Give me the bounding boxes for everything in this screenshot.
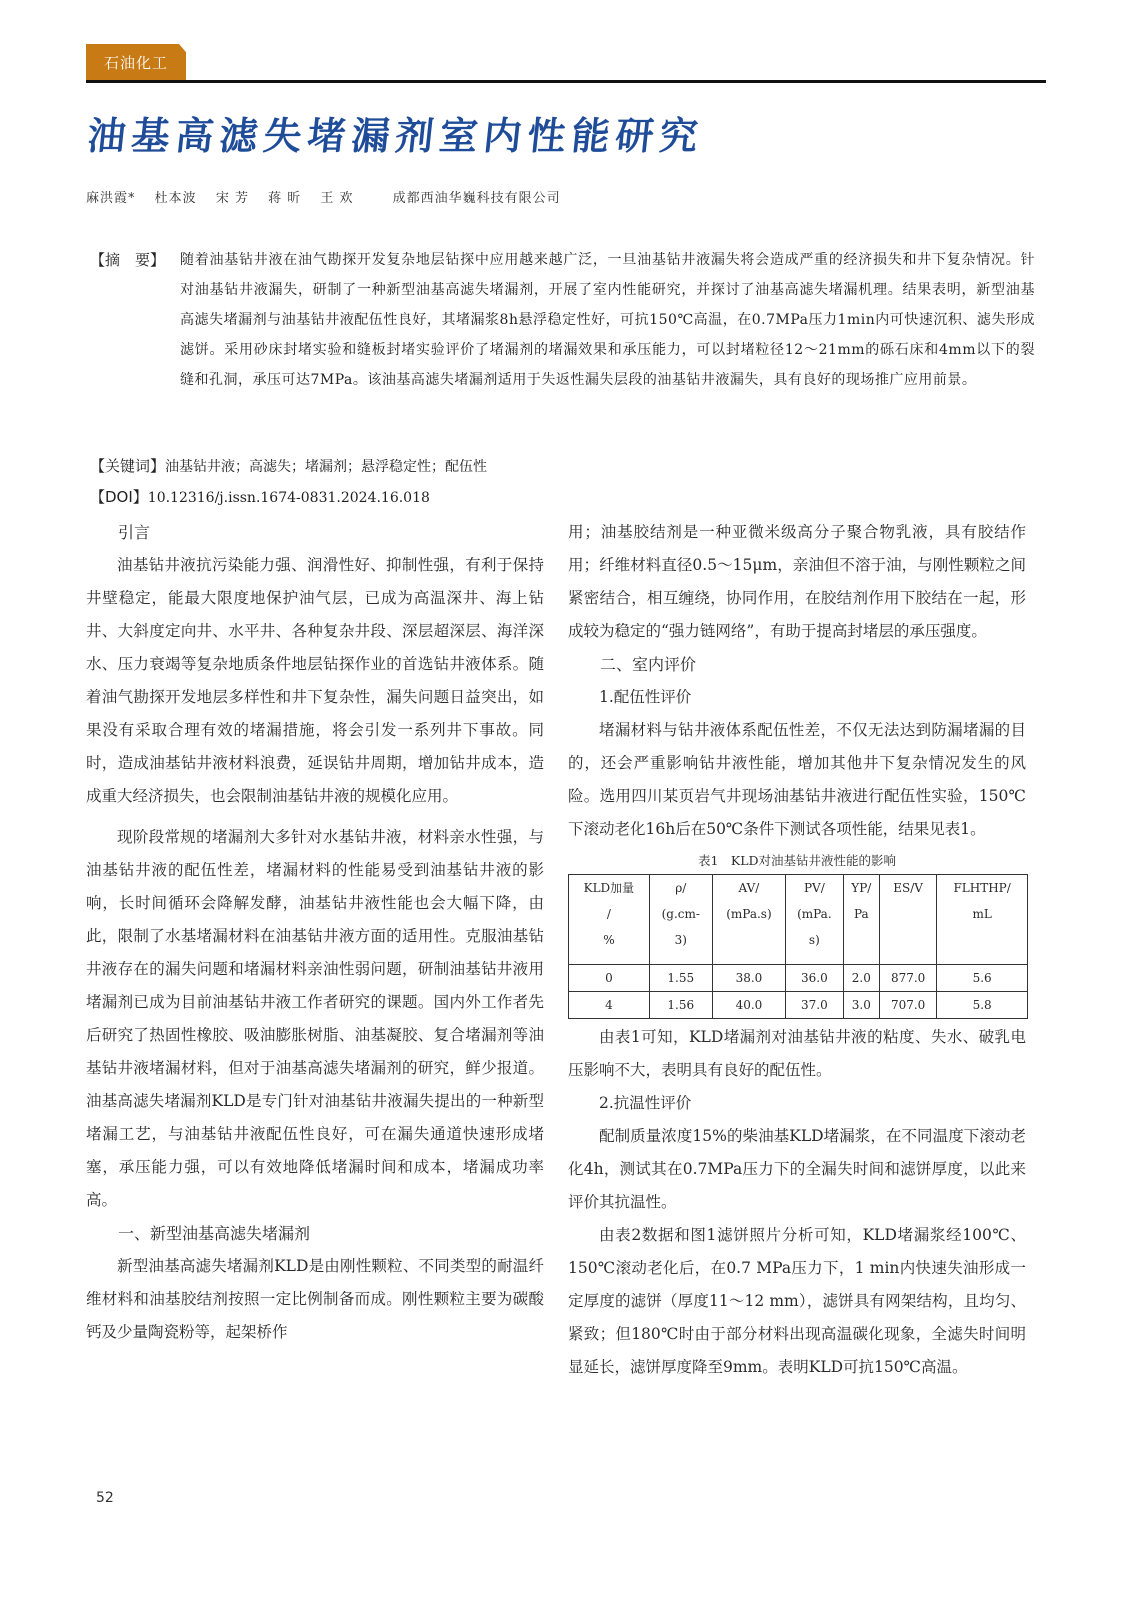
left-column: 引言 油基钻井液抗污染能力强、润滑性好、抑制性强，有利于保持井壁稳定，能最大限度… — [86, 516, 544, 1349]
keywords-text: 油基钻井液；高滤失；堵漏剂；悬浮稳定性；配伍性 — [165, 459, 487, 475]
cell: 36.0 — [786, 965, 844, 992]
doi-label: 【DOI】 — [90, 488, 148, 506]
subsection-heading: 1.配伍性评价 — [568, 681, 1026, 714]
abstract: 【摘 要】 随着油基钻井液在油气勘探开发复杂地层钻探中应用越来越广泛，一旦油基钻… — [90, 245, 1035, 395]
cell: 1.56 — [649, 992, 712, 1019]
cell: 0 — [569, 965, 650, 992]
header-rule — [86, 80, 1046, 83]
paragraph: 由表1可知，KLD堵漏剂对油基钻井液的粘度、失水、破乳电压影响不大，表明具有良好… — [568, 1021, 1026, 1087]
paragraph: 堵漏材料与钻井液体系配伍性差，不仅无法达到防漏堵漏的目的，还会严重影响钻井液性能… — [568, 714, 1026, 846]
cell: 5.8 — [937, 992, 1028, 1019]
table-header-row: KLD加量 / % ρ/ (g.cm- 3) AV/ (mPa.s) PV/ (… — [569, 875, 1028, 965]
page-number: 52 — [96, 1490, 114, 1506]
keywords: 【关键词】油基钻井液；高滤失；堵漏剂；悬浮稳定性；配伍性 — [90, 455, 487, 476]
table-caption: 表1 KLD对油基钻井液性能的影响 — [568, 848, 1026, 874]
cell: 38.0 — [712, 965, 785, 992]
intro-heading: 引言 — [86, 516, 544, 549]
subsection-heading: 2.抗温性评价 — [568, 1087, 1026, 1120]
article-title: 油基高滤失堵漏剂室内性能研究 — [85, 105, 707, 160]
cell: 1.55 — [649, 965, 712, 992]
keywords-label: 【关键词】 — [90, 457, 165, 475]
author: 麻洪霞* — [86, 191, 136, 206]
author: 杜本波 — [155, 191, 197, 206]
paragraph: 现阶段常规的堵漏剂大多针对水基钻井液，材料亲水性强，与油基钻井液的配伍性差，堵漏… — [86, 821, 544, 1217]
abstract-label: 【摘 要】 — [90, 245, 180, 395]
author: 蒋 昕 — [268, 191, 301, 206]
header-cell: YP/ Pa — [843, 875, 879, 965]
cell: 877.0 — [880, 965, 937, 992]
section-heading-2: 二、室内评价 — [568, 648, 1026, 681]
paragraph: 油基钻井液抗污染能力强、润滑性好、抑制性强，有利于保持井壁稳定，能最大限度地保护… — [86, 549, 544, 813]
table-row: 4 1.56 40.0 37.0 3.0 707.0 5.8 — [569, 992, 1028, 1019]
table-1: KLD加量 / % ρ/ (g.cm- 3) AV/ (mPa.s) PV/ (… — [568, 874, 1028, 1019]
cell: 4 — [569, 992, 650, 1019]
section-tag: 石油化工 — [86, 44, 186, 81]
right-column: 用；油基胶结剂是一种亚微米级高分子聚合物乳液，具有胶结作用；纤维材料直径0.5～… — [568, 516, 1026, 1384]
paragraph: 配制质量浓度15%的柴油基KLD堵漏浆，在不同温度下滚动老化4h，测试其在0.7… — [568, 1120, 1026, 1219]
affiliation: 成都西油华巍科技有限公司 — [393, 191, 561, 206]
header-cell: ρ/ (g.cm- 3) — [649, 875, 712, 965]
author-line: 麻洪霞* 杜本波 宋 芳 蒋 昕 王 欢 成都西油华巍科技有限公司 — [86, 187, 575, 206]
paragraph: 由表2数据和图1滤饼照片分析可知，KLD堵漏浆经100℃、150℃滚动老化后，在… — [568, 1219, 1026, 1384]
header-cell: PV/ (mPa. s) — [786, 875, 844, 965]
author: 宋 芳 — [216, 191, 249, 206]
author: 王 欢 — [320, 191, 353, 206]
cell: 5.6 — [937, 965, 1028, 992]
doi-text: 10.12316/j.issn.1674-0831.2024.16.018 — [148, 490, 430, 506]
paragraph: 新型油基高滤失堵漏剂KLD是由刚性颗粒、不同类型的耐温纤维材料和油基胶结剂按照一… — [86, 1250, 544, 1349]
paragraph: 用；油基胶结剂是一种亚微米级高分子聚合物乳液，具有胶结作用；纤维材料直径0.5～… — [568, 516, 1026, 648]
header-cell: FLHTHP/ mL — [937, 875, 1028, 965]
doi: 【DOI】10.12316/j.issn.1674-0831.2024.16.0… — [90, 486, 430, 507]
abstract-text: 随着油基钻井液在油气勘探开发复杂地层钻探中应用越来越广泛，一旦油基钻井液漏失将会… — [180, 245, 1035, 395]
cell: 2.0 — [843, 965, 879, 992]
cell: 40.0 — [712, 992, 785, 1019]
header-cell: ES/V — [880, 875, 937, 965]
cell: 707.0 — [880, 992, 937, 1019]
section-heading-1: 一、新型油基高滤失堵漏剂 — [86, 1217, 544, 1250]
cell: 37.0 — [786, 992, 844, 1019]
header-cell: KLD加量 / % — [569, 875, 650, 965]
cell: 3.0 — [843, 992, 879, 1019]
table-row: 0 1.55 38.0 36.0 2.0 877.0 5.6 — [569, 965, 1028, 992]
header-cell: AV/ (mPa.s) — [712, 875, 785, 965]
